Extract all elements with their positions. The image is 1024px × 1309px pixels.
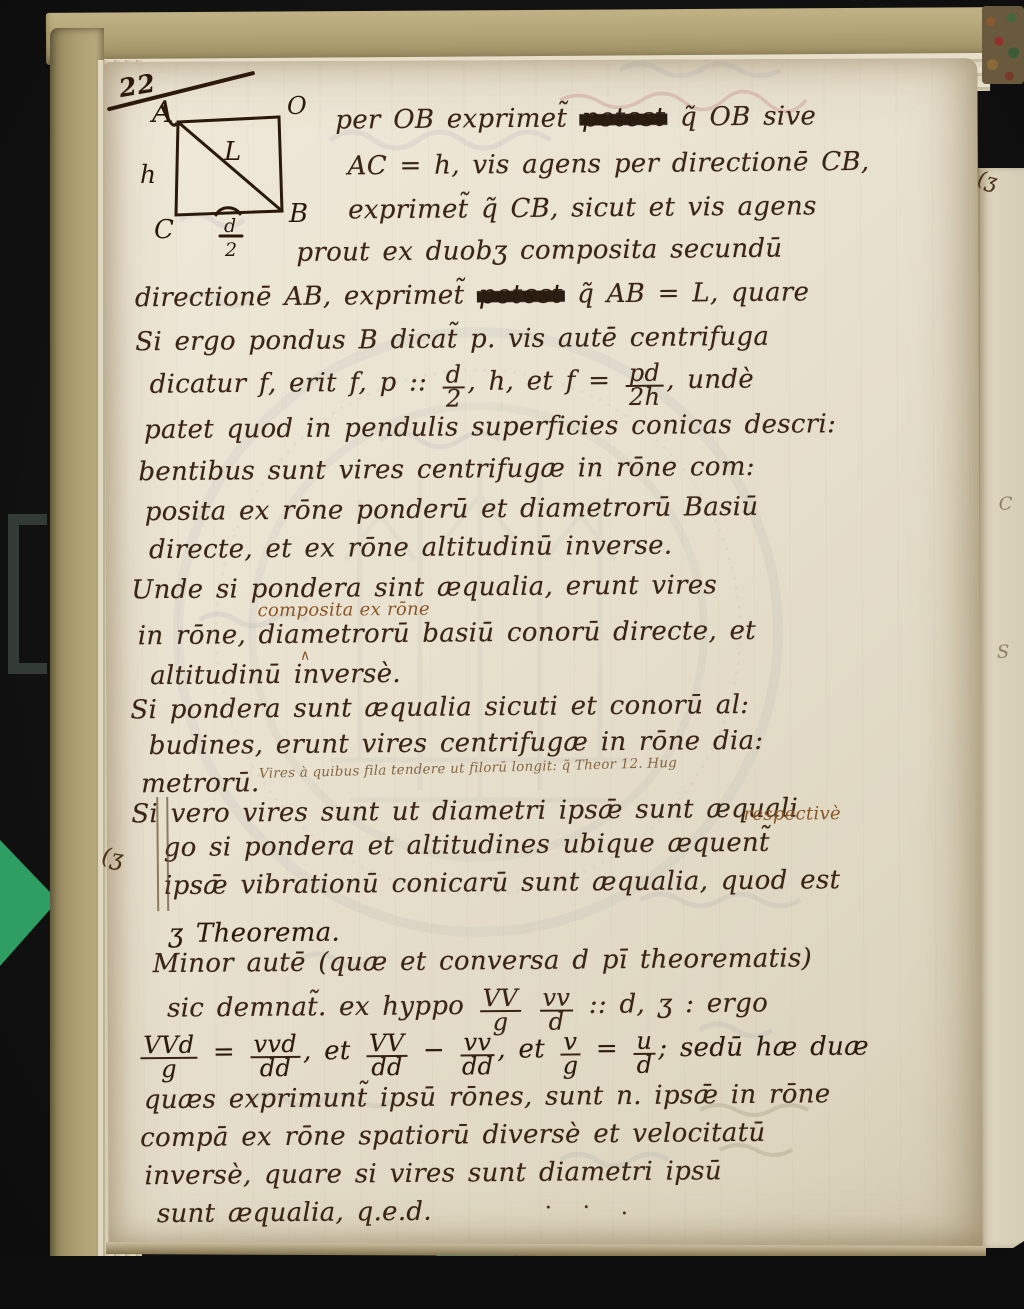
manuscript-line: patet quod in pendulis superficies conic… [144,409,836,445]
manuscript-line: in rōne, diametrorū basiū conorū directe… [138,616,756,651]
manuscript-line: Si vero vires sunt ut diametri ipsǣ sunt… [131,794,798,830]
fraction: vvddd [250,1034,300,1080]
manuscript-line: compā ex rōne spatiorū diversè et veloci… [140,1118,765,1153]
struck-word: potest [477,280,565,311]
margin-mark-left: (ʒ [100,844,125,872]
fraction: VVdd [366,1033,408,1079]
fraction: d2 [443,364,465,409]
margin-mark-facing-page: (ʒ [975,166,1000,194]
manuscript-line: ʒ Theorema. [168,918,340,949]
manuscript-line: Si pondera sunt æqualia sicuti et conorū… [130,690,749,725]
manuscript-line formula-line: VVdg = vvddd, et VVdd − vvdd, et vg = ud… [137,1029,869,1081]
manuscript-line: directe, et ex rōne altitudinū inverse. [149,531,673,566]
fraction: vvdd [460,1032,494,1077]
fraction: ud [633,1031,655,1076]
fraction: VVdg [140,1035,197,1081]
manuscript-line: sunt æqualia, q.e.d. [157,1197,432,1229]
manuscript-line: posita ex rōne ponderū et diametrorū Bas… [145,492,759,527]
manuscript-line: per OB exprimet̃ potest q̃ OB sive [335,101,816,135]
struck-word: potest [580,103,668,134]
fraction: vvd [539,987,573,1032]
manuscript-line: go si pondera et altitudines ubique æque… [164,828,770,863]
interlinear-insertion: composita ex rōne [258,599,431,622]
manuscript-line: Si ergo pondus B dicat̃ p. vis autē cent… [135,322,769,358]
manuscript-line: AC = h, vis agens per directionē CB, [348,147,870,182]
manuscript-line: exprimet̃ q̃ CB, sicut et vis agens [348,191,817,225]
manuscript-line: inversè, quare si vires sunt diametri ip… [144,1156,722,1191]
trailing-dots: · · . [545,1195,638,1221]
manuscript-line: altitudinū inversè. [150,659,401,691]
handwriting-layer: 22 per OB exprimet̃ potest q̃ OB sive AC… [0,0,1024,1309]
manuscript-line: directionē AB, exprimet̃ potest q̃ AB = … [135,277,810,313]
manuscript-line: quæs exprimunt̃ ipsū rōnes, sunt n. ipsǣ… [144,1079,831,1115]
manuscript-line: ipsǣ vibrationū conicarū sunt æqualia, q… [164,865,841,901]
fraction: pd2h [626,363,664,409]
manuscript-line: bentibus sunt vires centrifugæ in rōne c… [138,452,755,487]
manuscript-line: prout ex duobʒ composita secundū [296,234,782,268]
facing-page-faint-letter: C [999,494,1013,515]
manuscript-line formula-line: dicatur f, erit f, p :: d2, h, et f = pd… [149,362,754,412]
fraction: vg [560,1031,580,1076]
interlinear-insertion: respectivè [743,803,841,825]
facing-page-faint-letter: S [997,642,1010,663]
manuscript-line: Minor autē (quæ et conversa d pī theorem… [153,943,813,979]
manuscript-line: metrorū. [141,768,260,799]
fraction: VVg [480,988,522,1034]
margin-double-rule [156,797,169,911]
manuscript-photo: A O B C L h d 2 22 per OB exprimet̃ pote… [0,0,1024,1309]
